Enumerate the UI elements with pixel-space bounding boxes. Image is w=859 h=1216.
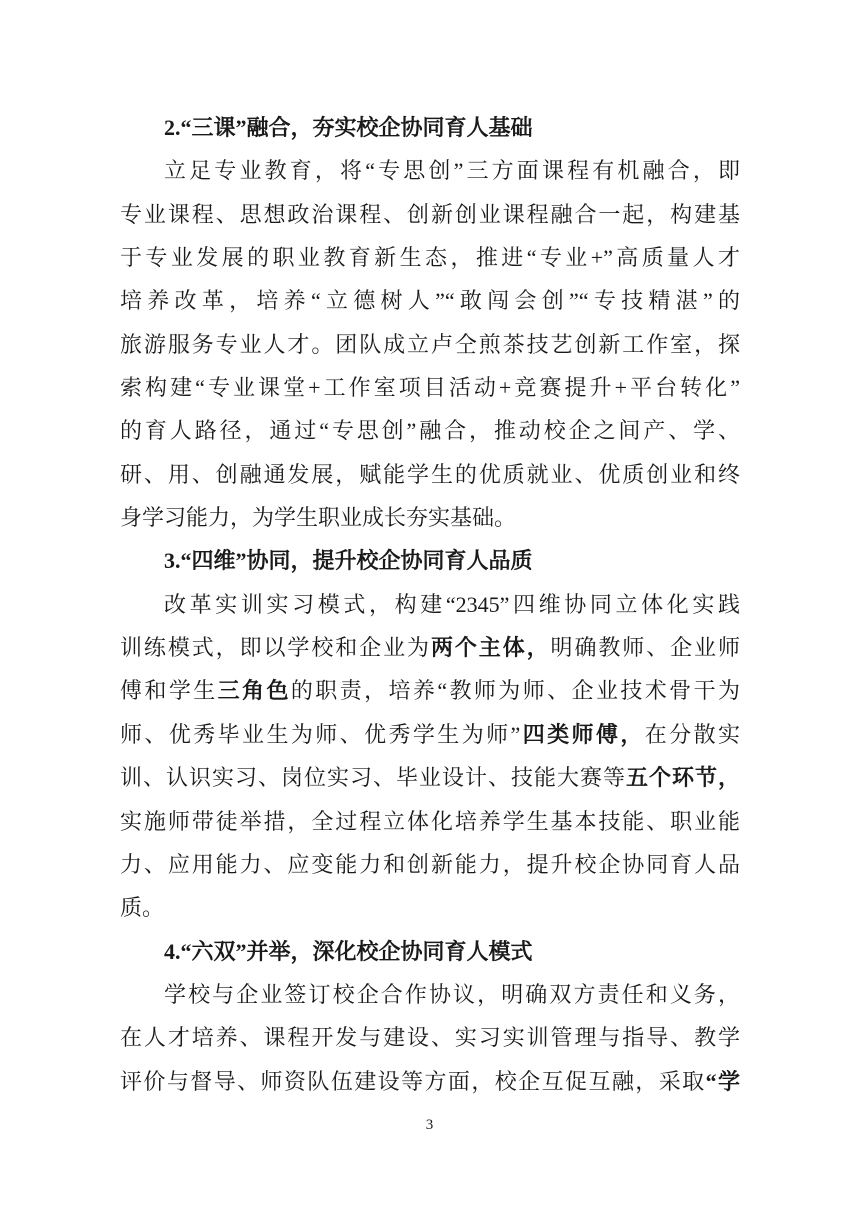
text-run: 学校与企业签订校企合作协议，明确双方责任和义务， [164, 982, 740, 1007]
text-run: 的职责，培养“教师为师、企业技术骨干为 [291, 678, 740, 703]
text-run: 训、认识实习、岗位实习、毕业设计、技能大赛等 [120, 765, 626, 790]
text-line: 训练模式，即以学校和企业为两个主体，明确教师、企业师 [120, 626, 740, 669]
text-run: 身学习能力，为学生职业成长夯实基础。 [120, 505, 516, 530]
text-run: 旅游服务专业人才。团队成立卢仝煎茶技艺创新工作室，探 [120, 332, 740, 357]
text-line: 索构建“专业课堂+工作室项目活动+竞赛提升+平台转化” [120, 366, 740, 409]
text-line: 改革实训实习模式，构建“2345”四维协同立体化实践 [120, 583, 740, 626]
text-run: 的育人路径，通过“专思创”融合，推动校企之间产、学、 [120, 418, 740, 443]
bold-text-run: 五个环节， [626, 765, 740, 790]
text-line: 评价与督导、师资队伍建设等方面，校企互促互融，采取“学 [120, 1060, 740, 1103]
text-line: 力、应用能力、应变能力和创新能力，提升校企协同育人品 [120, 843, 740, 886]
text-line: 质。 [120, 886, 740, 929]
text-run: 力、应用能力、应变能力和创新能力，提升校企协同育人品 [120, 852, 740, 877]
text-run: 训练模式，即以学校和企业为 [120, 635, 431, 660]
text-run: 评价与督导、师资队伍建设等方面，校企互促互融，采取 [120, 1069, 706, 1094]
text-line: 在人才培养、课程开发与建设、实习实训管理与指导、教学 [120, 1016, 740, 1059]
text-run: 专业课程、思想政治课程、创新创业课程融合一起，构建基 [120, 202, 740, 227]
text-run: 在人才培养、课程开发与建设、实习实训管理与指导、教学 [120, 1025, 740, 1050]
text-run: 改革实训实习模式，构建“2345”四维协同立体化实践 [164, 592, 740, 617]
text-line: 旅游服务专业人才。团队成立卢仝煎茶技艺创新工作室，探 [120, 323, 740, 366]
text-run: 研、用、创融通发展，赋能学生的优质就业、优质创业和终 [120, 462, 740, 487]
bold-text-run: 三角色 [218, 678, 291, 703]
text-run: 立足专业教育，将“专思创”三方面课程有机融合，即 [164, 158, 740, 183]
text-line: 训、认识实习、岗位实习、毕业设计、技能大赛等五个环节， [120, 756, 740, 799]
text-run: 在分散实 [645, 722, 740, 747]
text-run: 质。 [120, 895, 164, 920]
text-line: 师、优秀毕业生为师、优秀学生为师”四类师傅，在分散实 [120, 713, 740, 756]
text-run: 索构建“专业课堂+工作室项目活动+竞赛提升+平台转化” [120, 375, 740, 400]
bold-text-run: “学 [706, 1069, 740, 1094]
text-line: 专业课程、思想政治课程、创新创业课程融合一起，构建基 [120, 193, 740, 236]
document-page: 2.“三课”融合，夯实校企协同育人基础立足专业教育，将“专思创”三方面课程有机融… [0, 0, 859, 1216]
text-line: 的育人路径，通过“专思创”融合，推动校企之间产、学、 [120, 409, 740, 452]
text-run: 师、优秀毕业生为师、优秀学生为师” [120, 722, 520, 747]
text-line: 身学习能力，为学生职业成长夯实基础。 [120, 496, 740, 539]
text-run: 明确教师、企业师 [551, 635, 740, 660]
text-run: 傅和学生 [120, 678, 218, 703]
text-line: 学校与企业签订校企合作协议，明确双方责任和义务， [120, 973, 740, 1016]
text-line: 于专业发展的职业教育新生态，推进“专业+”高质量人才 [120, 236, 740, 279]
section-heading: 4.“六双”并举，深化校企协同育人模式 [120, 930, 740, 973]
text-run: 培养改革，培养“立德树人”“敢闯会创”“专技精湛”的 [120, 288, 740, 313]
bold-text-run: 两个主体， [431, 635, 551, 660]
text-run: 于专业发展的职业教育新生态，推进“专业+”高质量人才 [120, 245, 740, 270]
text-line: 研、用、创融通发展，赋能学生的优质就业、优质创业和终 [120, 453, 740, 496]
section-heading: 2.“三课”融合，夯实校企协同育人基础 [120, 106, 740, 149]
bold-text-run: 四类师傅， [520, 722, 644, 747]
text-line: 立足专业教育，将“专思创”三方面课程有机融合，即 [120, 149, 740, 192]
text-line: 傅和学生三角色的职责，培养“教师为师、企业技术骨干为 [120, 669, 740, 712]
text-line: 实施师带徒举措，全过程立体化培养学生基本技能、职业能 [120, 800, 740, 843]
document-body: 2.“三课”融合，夯实校企协同育人基础立足专业教育，将“专思创”三方面课程有机融… [120, 106, 740, 1103]
text-run: 实施师带徒举措，全过程立体化培养学生基本技能、职业能 [120, 809, 740, 834]
text-line: 培养改革，培养“立德树人”“敢闯会创”“专技精湛”的 [120, 279, 740, 322]
page-number: 3 [0, 1114, 859, 1136]
section-heading: 3.“四维”协同，提升校企协同育人品质 [120, 539, 740, 582]
